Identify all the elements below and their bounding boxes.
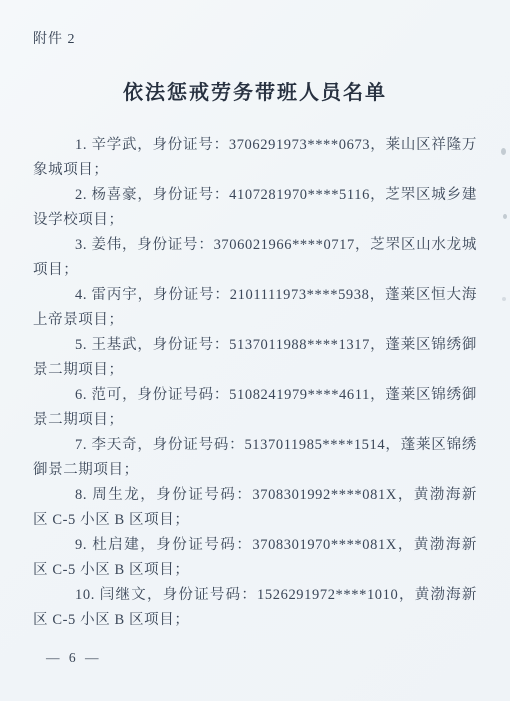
attachment-label: 附件 2 (33, 28, 76, 48)
list-item: 10. 闫继文，身份证号码：1526291972****1010，黄渤海新区 C… (33, 583, 477, 633)
list-item: 6. 范可，身份证号码：5108241979****4611，蓬莱区锦绣御景二期… (33, 383, 477, 433)
list-item: 9. 杜启建，身份证号码：3708301970****081X，黄渤海新区 C-… (33, 533, 477, 583)
list-item: 5. 王基武，身份证号：5137011988****1317，蓬莱区锦绣御景二期… (33, 333, 477, 383)
list-item: 4. 雷丙宇，身份证号：2101111973****5938，蓬莱区恒大海上帝景… (33, 283, 477, 333)
page-number: — 6 — (46, 650, 102, 666)
list-item: 1. 辛学武，身份证号：3706291973****0673，莱山区祥隆万象城项… (33, 133, 477, 183)
list-item: 3. 姜伟，身份证号：3706021966****0717，芝罘区山水龙城项目； (33, 233, 477, 283)
document-page: 附件 2 依法惩戒劳务带班人员名单 1. 辛学武，身份证号：3706291973… (0, 0, 510, 701)
document-title: 依法惩戒劳务带班人员名单 (0, 76, 510, 105)
scan-artifact (502, 297, 506, 301)
list-item: 8. 周生龙，身份证号码：3708301992****081X，黄渤海新区 C-… (33, 483, 477, 533)
scan-artifact (501, 148, 506, 155)
list-item: 7. 李天奇，身份证号码：5137011985****1514，蓬莱区锦绣御景二… (33, 433, 477, 483)
scan-artifact (503, 214, 507, 219)
list-item: 2. 杨喜豪，身份证号：4107281970****5116，芝罘区城乡建设学校… (33, 183, 477, 233)
list-body: 1. 辛学武，身份证号：3706291973****0673，莱山区祥隆万象城项… (33, 133, 477, 633)
